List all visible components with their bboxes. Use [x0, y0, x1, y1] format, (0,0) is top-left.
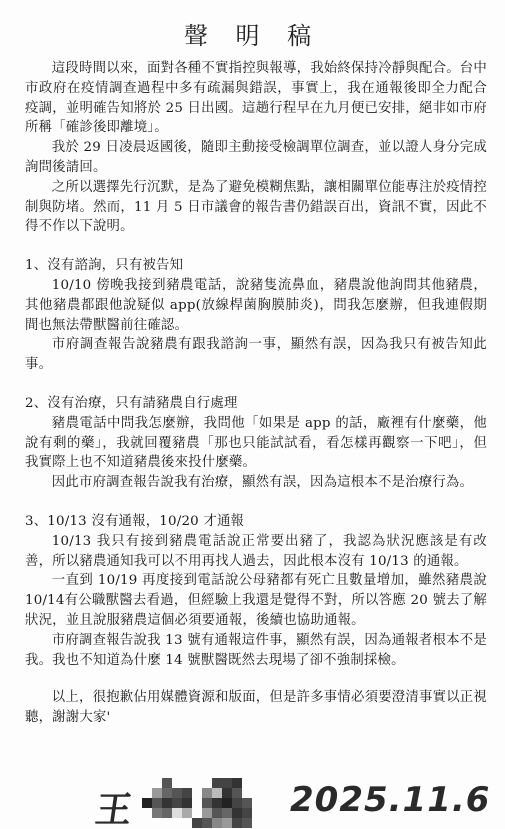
intro-paragraph: 我於 29 日凌晨返國後，隨即主動接受檢調單位調查，並以證人身分完成詢問後請回。 — [25, 138, 487, 178]
section-paragraph: 豬農電話中問我怎麼辦，我問他「如果是 app 的話，廠裡有什麼藥，他說有剩的藥」… — [25, 414, 487, 473]
section-heading: 3、10/13 沒有通報，10/20 才通報 — [25, 512, 487, 532]
signature: 王 — [90, 778, 470, 828]
section-2: 2、沒有治療，只有請豬農自行處理 豬農電話中問我怎麼辦，我問他「如果是 app … — [25, 394, 487, 493]
closing-paragraph: 以上，很抱歉佔用媒體資源和版面，但是許多事情必須要澄清事實以正視聽，謝謝大家' — [25, 688, 487, 728]
document-title: 聲 明 稿 — [0, 16, 505, 51]
intro-paragraph: 這段時間以來，面對各種不實指控與報導，我始終保持冷靜與配合。台中市政府在疫情調查… — [25, 59, 487, 138]
intro-paragraph: 之所以選擇先行沉默，是為了避免模糊焦點，讓相關單位能專注於疫情控制與防堵。然而，… — [25, 178, 487, 237]
document-body: 這段時間以來，面對各種不實指控與報導，我始終保持冷靜與配合。台中市政府在疫情調查… — [25, 59, 487, 728]
spacer — [25, 670, 487, 688]
statement-page: 聲 明 稿 這段時間以來，面對各種不實指控與報導，我始終保持冷靜與配合。台中市政… — [0, 0, 505, 829]
section-1: 1、沒有諮詢，只有被告知 10/10 傍晚我接到豬農電話，說豬隻流鼻血，豬農說他… — [25, 256, 487, 375]
section-paragraph: 一直到 10/19 再度接到電話說公母豬都有死亡且數量增加，雖然豬農說 10/1… — [25, 571, 487, 630]
signature-date: 2025.11.6 — [290, 780, 490, 820]
signature-surname: 王 — [92, 782, 135, 829]
section-paragraph: 市府調查報告說豬農有跟我諮詢一事，顯然有誤，因為我只有被告知此事。 — [25, 335, 487, 375]
redacted-name-mosaic — [142, 778, 262, 828]
section-heading: 2、沒有治療，只有請豬農自行處理 — [25, 394, 487, 414]
section-paragraph: 市府調查報告說我 13 號有通報這件事，顯然有誤，因為通報者根本不是我。我也不知… — [25, 631, 487, 671]
section-3: 3、10/13 沒有通報，10/20 才通報 10/13 我只有接到豬農電話說正… — [25, 512, 487, 670]
section-paragraph: 10/13 我只有接到豬農電話說正常要出豬了，我認為狀況應該是有改善，所以豬農通… — [25, 532, 487, 572]
section-heading: 1、沒有諮詢，只有被告知 — [25, 256, 487, 276]
section-paragraph: 因此市府調查報告說我有治療，顯然有誤，因為這根本不是治療行為。 — [25, 473, 487, 493]
section-paragraph: 10/10 傍晚我接到豬農電話，說豬隻流鼻血，豬農說他詢問其他豬農，其他豬農都跟… — [25, 276, 487, 335]
